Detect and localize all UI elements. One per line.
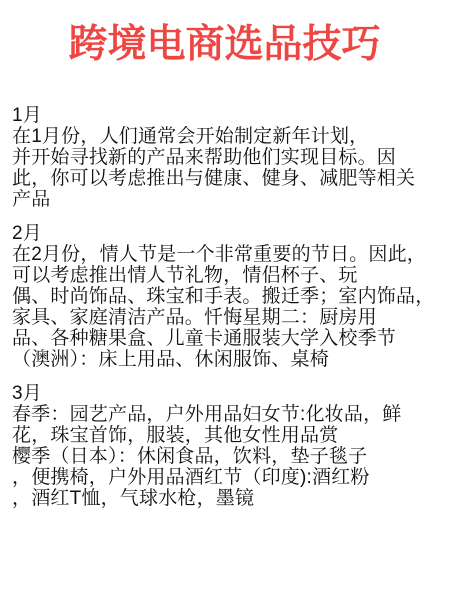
text-line: 偶、时尚饰品、珠宝和手表。搬迁季；室内饰品， [12,286,443,307]
text-line: 并开始寻找新的产品来帮助他们实现目标。因 [12,147,443,168]
text-line: ，便携椅，户外用品酒红节（印度):酒红粉 [12,467,443,488]
section-march: 3月 春季：园艺产品，户外用品妇女节:化妆品，鲜 花，珠宝首饰，服装，其他女性用… [12,383,443,509]
text-line: 此，你可以考虑推出与健康、健身、减肥等相关 [12,168,443,189]
text-line: 家具、家庭清洁产品。忏悔星期二：厨房用 [12,307,443,328]
text-line: 在2月份，情人节是一个非常重要的节日。因此， [12,244,443,265]
text-line: （澳洲）：床上用品、休闲服饰、桌椅 [12,349,443,370]
section-heading: 3月 [12,383,443,404]
text-line: ，酒红T恤，气球水枪，墨镜 [12,488,443,509]
section-february: 2月 在2月份，情人节是一个非常重要的节日。因此， 可以考虑推出情人节礼物，情侣… [12,223,443,370]
section-heading: 2月 [12,223,443,244]
section-january: 1月 在1月份，人们通常会开始制定新年计划， 并开始寻找新的产品来帮助他们实现目… [12,105,443,210]
text-line: 花，珠宝首饰，服装，其他女性用品赏 [12,425,443,446]
page-title: 跨境电商选品技巧 [0,25,449,66]
text-line: 产品 [12,189,443,210]
doc-body: 1月 在1月份，人们通常会开始制定新年计划， 并开始寻找新的产品来帮助他们实现目… [0,105,449,509]
text-line: 可以考虑推出情人节礼物，情侣杯子、玩 [12,265,443,286]
text-line: 品、各种糖果盒、儿童卡通服装大学入校季节 [12,328,443,349]
text-line: 春季：园艺产品，户外用品妇女节:化妆品，鲜 [12,404,443,425]
text-line: 在1月份，人们通常会开始制定新年计划， [12,126,443,147]
page: 跨境电商选品技巧 1月 在1月份，人们通常会开始制定新年计划， 并开始寻找新的产… [0,0,449,600]
text-line: 樱季（日本）：休闲食品，饮料，垫子毯子 [12,446,443,467]
section-heading: 1月 [12,105,443,126]
